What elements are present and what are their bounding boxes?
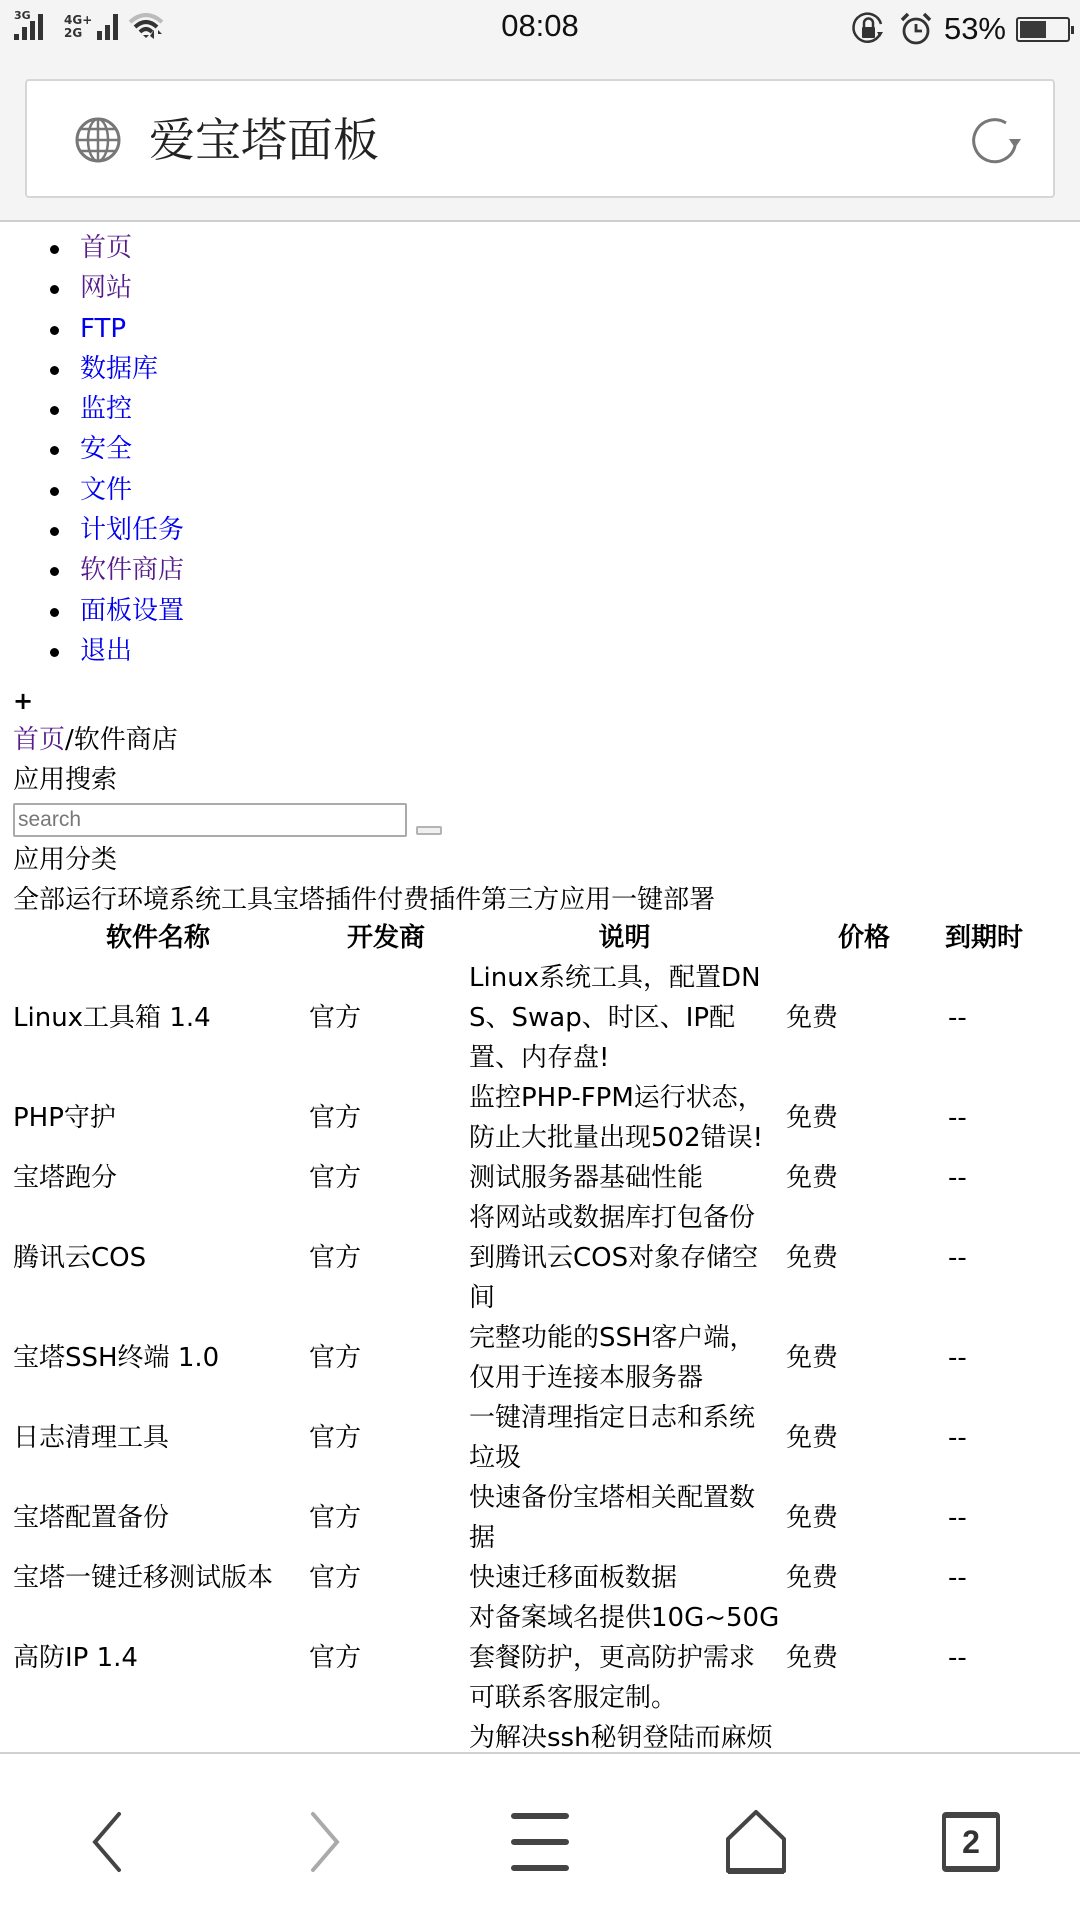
app-description: 对备案域名提供10G~50G套餐防护，更高防护需求可联系客服定制。: [466, 1598, 783, 1718]
app-developer: 官方: [306, 1078, 466, 1158]
app-developer: 官方: [306, 958, 466, 1078]
header-expiry: 到期时: [945, 918, 1080, 958]
app-description: Linux系统工具，配置DNS、Swap、时区、IP配置、内存盘!: [466, 958, 783, 1078]
search-input[interactable]: [13, 803, 407, 837]
app-price: 免费: [783, 1318, 945, 1398]
alarm-icon: [898, 11, 934, 47]
category-label: 应用分类: [13, 840, 117, 880]
app-developer: 官方: [306, 1158, 466, 1198]
globe-icon: [74, 116, 122, 164]
app-table: 软件名称 开发商 说明 价格 到期时 Linux工具箱 1.4 官方 Linux…: [10, 918, 1080, 1752]
breadcrumb-current: 软件商店: [74, 725, 178, 755]
category-bt-plugins[interactable]: 宝塔插件: [273, 880, 377, 920]
battery-icon: [1016, 17, 1070, 42]
app-name: PHP守护: [10, 1078, 306, 1158]
app-expiry: --: [945, 958, 1080, 1078]
nav-link-logout[interactable]: 退出: [80, 636, 132, 666]
app-expiry: --: [945, 1318, 1080, 1398]
app-expiry: --: [945, 1478, 1080, 1558]
app-developer: 官方: [306, 1598, 466, 1718]
app-expiry: --: [945, 1398, 1080, 1478]
nav-item-database: 数据库: [0, 349, 184, 389]
app-price: 免费: [783, 1478, 945, 1558]
plus-toggle[interactable]: +: [13, 686, 33, 716]
nav-link-store[interactable]: 软件商店: [80, 555, 184, 585]
nav-link-files[interactable]: 文件: [80, 475, 132, 505]
category-paid-plugins[interactable]: 付费插件: [377, 880, 481, 920]
header-price: 价格: [783, 918, 945, 958]
nav-link-cron[interactable]: 计划任务: [80, 515, 184, 545]
nav-item-logout: 退出: [0, 631, 184, 671]
search-label: 应用搜索: [13, 760, 117, 800]
nav-item-files: 文件: [0, 470, 184, 510]
app-price: 免费: [783, 1558, 945, 1598]
table-row[interactable]: 宝塔SSH终端 1.0 官方 完整功能的SSH客户端，仅用于连接本服务器 免费 …: [10, 1318, 1080, 1398]
app-name: Linux工具箱 1.4: [10, 958, 306, 1078]
app-name: 宝塔一键迁移测试版本: [10, 1558, 306, 1598]
app-expiry: --: [945, 1558, 1080, 1598]
status-right: 53%: [850, 10, 1070, 48]
app-developer: 官方: [306, 1198, 466, 1318]
nav-link-ftp[interactable]: FTP: [80, 314, 126, 344]
category-runtime[interactable]: 运行环境: [65, 880, 169, 920]
app-price: [783, 1718, 945, 1752]
app-price: 免费: [783, 1398, 945, 1478]
tabs-icon: 2: [942, 1812, 1000, 1872]
main-nav: 首页 网站 FTP 数据库 监控 安全 文件 计划任务 软件商店 面板设置 退出: [0, 228, 184, 671]
nav-item-monitor: 监控: [0, 389, 184, 429]
app-price: 免费: [783, 1158, 945, 1198]
breadcrumb: 首页/软件商店: [13, 720, 178, 760]
app-developer: 官方: [306, 1318, 466, 1398]
app-description: 快速迁移面板数据: [466, 1558, 783, 1598]
reload-icon[interactable]: [969, 115, 1025, 169]
app-price: 免费: [783, 958, 945, 1078]
header-developer: 开发商: [306, 918, 466, 958]
app-developer: [306, 1718, 466, 1752]
menu-icon: [510, 1810, 570, 1874]
app-price: 免费: [783, 1198, 945, 1318]
app-description: 一键清理指定日志和系统垃圾: [466, 1398, 783, 1478]
category-tabs: 全部 运行环境 系统工具 宝塔插件 付费插件 第三方应用 一键部署: [13, 880, 715, 920]
nav-item-store: 软件商店: [0, 550, 184, 590]
category-third-party[interactable]: 第三方应用: [481, 880, 611, 920]
nav-item-ftp: FTP: [0, 309, 184, 349]
table-row[interactable]: 高防IP 1.4 官方 对备案域名提供10G~50G套餐防护，更高防护需求可联系…: [10, 1598, 1080, 1718]
app-description: 测试服务器基础性能: [466, 1158, 783, 1198]
nav-item-cron: 计划任务: [0, 510, 184, 550]
chevron-right-icon: [305, 1810, 345, 1874]
forward-button[interactable]: [285, 1802, 365, 1882]
app-name: 高防IP 1.4: [10, 1598, 306, 1718]
tab-count: 2: [962, 1824, 980, 1861]
category-system-tools[interactable]: 系统工具: [169, 880, 273, 920]
table-row[interactable]: 宝塔一键迁移测试版本 官方 快速迁移面板数据 免费 --: [10, 1558, 1080, 1598]
app-price: 免费: [783, 1078, 945, 1158]
app-name: 宝塔配置备份: [10, 1478, 306, 1558]
nav-link-settings[interactable]: 面板设置: [80, 596, 184, 626]
table-row[interactable]: 宝塔跑分 官方 测试服务器基础性能 免费 --: [10, 1158, 1080, 1198]
app-expiry: --: [945, 1158, 1080, 1198]
header-description: 说明: [466, 918, 783, 958]
breadcrumb-separator: /: [65, 725, 74, 755]
tabs-button[interactable]: 2: [931, 1802, 1011, 1882]
app-expiry: [945, 1718, 1080, 1752]
table-row[interactable]: 宝塔配置备份 官方 快速备份宝塔相关配置数据 免费 --: [10, 1478, 1080, 1558]
browser-bottom-bar: 2: [0, 1752, 1080, 1920]
app-developer: 官方: [306, 1398, 466, 1478]
table-row[interactable]: Linux工具箱 1.4 官方 Linux系统工具，配置DNS、Swap、时区、…: [10, 958, 1080, 1078]
app-description: 监控PHP-FPM运行状态，防止大批量出现502错误!: [466, 1078, 783, 1158]
header-name: 软件名称: [10, 918, 306, 958]
home-button[interactable]: [716, 1802, 796, 1882]
app-developer: 官方: [306, 1478, 466, 1558]
app-description: 将网站或数据库打包备份到腾讯云COS对象存储空间: [466, 1198, 783, 1318]
nav-item-home: 首页: [0, 228, 184, 268]
nav-link-home[interactable]: 首页: [80, 233, 132, 263]
nav-item-settings: 面板设置: [0, 591, 184, 631]
app-name: 宝塔跑分: [10, 1158, 306, 1198]
app-name: 宝塔SSH终端 1.0: [10, 1318, 306, 1398]
app-expiry: --: [945, 1198, 1080, 1318]
app-description: 为解决ssh秘钥登陆而麻烦: [466, 1718, 783, 1752]
app-name: [10, 1718, 306, 1752]
page-content: 首页 网站 FTP 数据库 监控 安全 文件 计划任务 软件商店 面板设置 退出…: [0, 224, 1080, 1752]
search-button[interactable]: [416, 826, 442, 835]
nav-link-monitor[interactable]: 监控: [80, 394, 132, 424]
category-all[interactable]: 全部: [13, 880, 65, 920]
category-one-click-deploy[interactable]: 一键部署: [611, 880, 715, 920]
app-expiry: --: [945, 1598, 1080, 1718]
rotation-lock-icon: [850, 10, 888, 48]
app-developer: 官方: [306, 1558, 466, 1598]
page-title: 爱宝塔面板: [149, 111, 379, 169]
status-bar: 3G 4G+ 2G 08:08: [0, 0, 1080, 60]
app-description: 完整功能的SSH客户端，仅用于连接本服务器: [466, 1318, 783, 1398]
table-row[interactable]: 腾讯云COS 官方 将网站或数据库打包备份到腾讯云COS对象存储空间 免费 --: [10, 1198, 1080, 1318]
table-row[interactable]: PHP守护 官方 监控PHP-FPM运行状态，防止大批量出现502错误! 免费 …: [10, 1078, 1080, 1158]
app-price: 免费: [783, 1598, 945, 1718]
browser-toolbar: 爱宝塔面板: [0, 60, 1080, 222]
home-icon: [724, 1809, 788, 1875]
nav-link-database[interactable]: 数据库: [80, 354, 158, 384]
address-bar[interactable]: 爱宝塔面板: [25, 79, 1055, 198]
chevron-left-icon: [87, 1810, 127, 1874]
battery-percent: 53%: [944, 11, 1006, 47]
menu-button[interactable]: [500, 1802, 580, 1882]
app-name: 腾讯云COS: [10, 1198, 306, 1318]
table-row[interactable]: 为解决ssh秘钥登陆而麻烦: [10, 1718, 1080, 1752]
table-row[interactable]: 日志清理工具 官方 一键清理指定日志和系统垃圾 免费 --: [10, 1398, 1080, 1478]
app-expiry: --: [945, 1078, 1080, 1158]
app-name: 日志清理工具: [10, 1398, 306, 1478]
nav-link-security[interactable]: 安全: [80, 434, 132, 464]
app-description: 快速备份宝塔相关配置数据: [466, 1478, 783, 1558]
nav-item-security: 安全: [0, 429, 184, 469]
breadcrumb-home-link[interactable]: 首页: [13, 725, 65, 755]
nav-item-website: 网站: [0, 268, 184, 308]
nav-link-website[interactable]: 网站: [80, 273, 132, 303]
table-header-row: 软件名称 开发商 说明 价格 到期时: [10, 918, 1080, 958]
back-button[interactable]: [67, 1802, 147, 1882]
